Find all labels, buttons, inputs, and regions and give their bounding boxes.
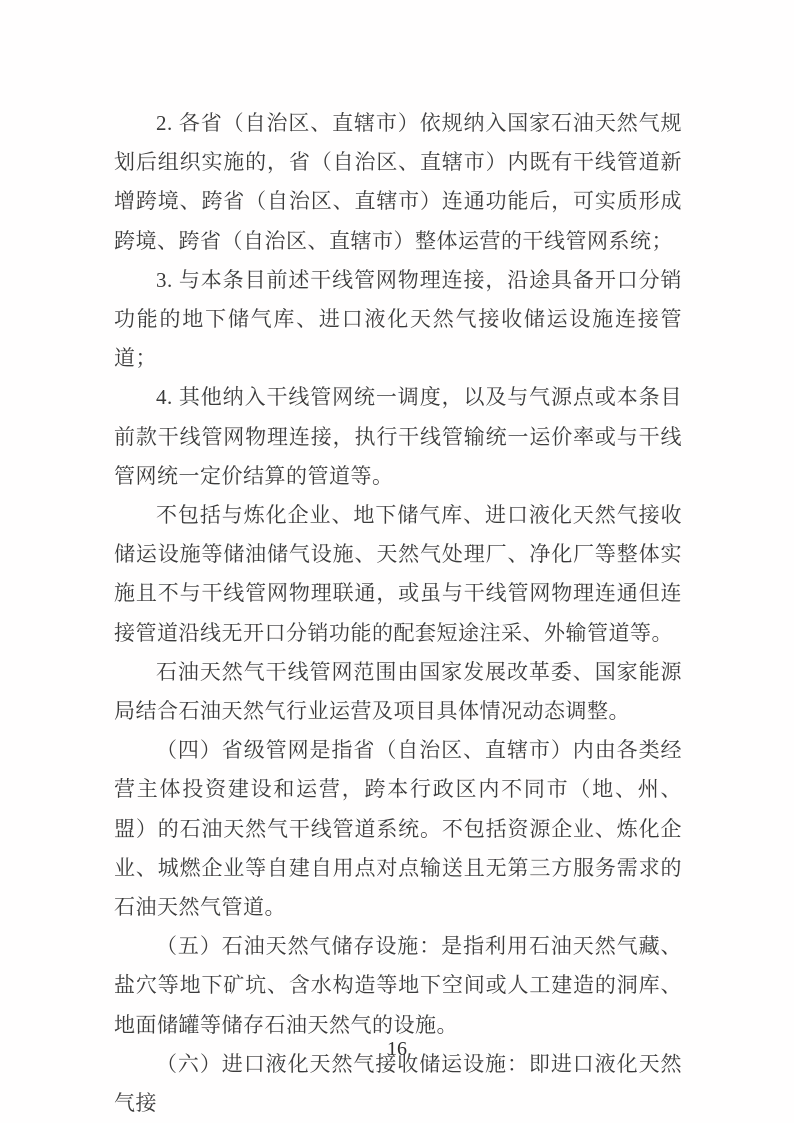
paragraph-5: 石油天然气干线管网范围由国家发展改革委、国家能源局结合石油天然气行业运营及项目具…	[114, 653, 682, 731]
paragraph-3: 4. 其他纳入干线管网统一调度，以及与气源点或本条目前款干线管网物理连接，执行干…	[114, 378, 682, 496]
paragraph-1: 2. 各省（自治区、直辖市）依规纳入国家石油天然气规划后组织实施的，省（自治区、…	[114, 104, 682, 261]
paragraph-6: （四）省级管网是指省（自治区、直辖市）内由各类经营主体投资建设和运营，跨本行政区…	[114, 731, 682, 927]
page-number: 16	[0, 1036, 794, 1062]
paragraph-2: 3. 与本条目前述干线管网物理连接，沿途具备开口分销功能的地下储气库、进口液化天…	[114, 261, 682, 379]
document-page: 2. 各省（自治区、直辖市）依规纳入国家石油天然气规划后组织实施的，省（自治区、…	[0, 0, 794, 1123]
text-content: 2. 各省（自治区、直辖市）依规纳入国家石油天然气规划后组织实施的，省（自治区、…	[114, 104, 682, 1123]
paragraph-4: 不包括与炼化企业、地下储气库、进口液化天然气接收储运设施等储油储气设施、天然气处…	[114, 496, 682, 653]
paragraph-7: （五）石油天然气储存设施：是指利用石油天然气藏、盐穴等地下矿坑、含水构造等地下空…	[114, 927, 682, 1045]
